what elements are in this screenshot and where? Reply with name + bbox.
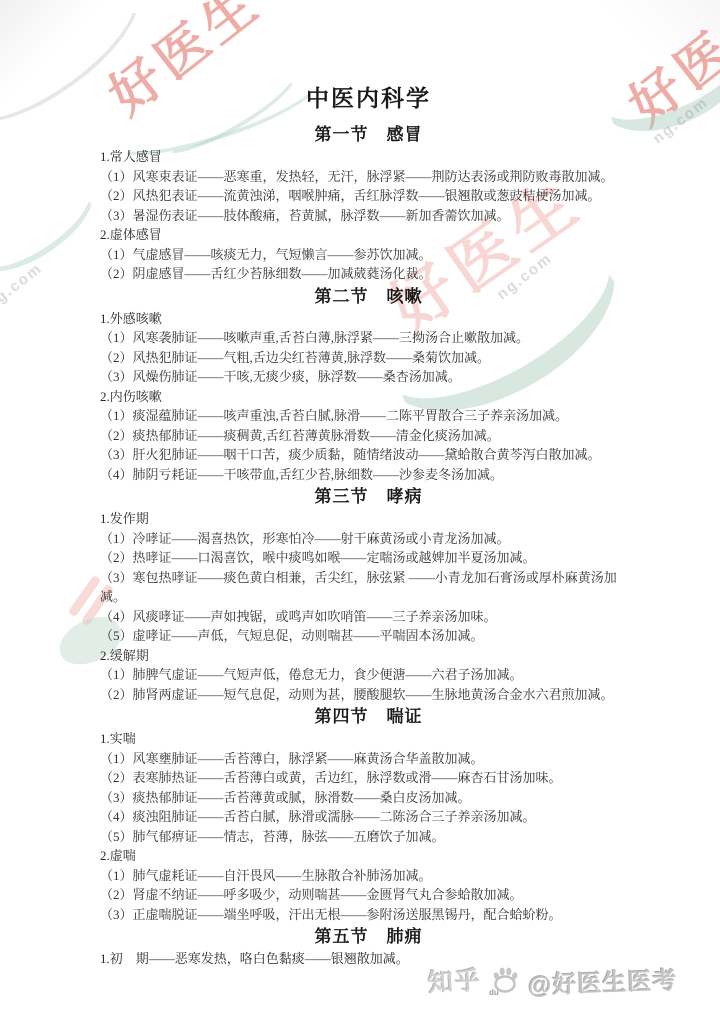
- outline-item: （2）阴虚感冒——舌红少苔脉细数——加减葳蕤汤化裁。: [100, 264, 637, 284]
- outline-item: （2）热哮证——口渴喜饮，喉中痰鸣如喉——定喘汤或越婢加半夏汤加减。: [100, 548, 637, 568]
- outline-item: （1）冷哮证——渴喜热饮，形寒怕冷——射干麻黄汤或小青龙汤加减。: [100, 529, 637, 549]
- outline-item: （1）气虚感冒——咳痰无力，气短懒言——参苏饮加减。: [100, 245, 637, 265]
- outline-item: （3）寒包热哮证——痰色黄白相兼，舌尖红，脉弦紧 ——小青龙加石膏汤或厚朴麻黄汤…: [100, 568, 637, 607]
- domain-watermark: ng.com: [650, 94, 712, 148]
- outline-item: （1）风寒壅肺证——舌苔薄白，脉浮紧——麻黄汤合华盖散加减。: [100, 749, 637, 769]
- group-label: 1.实喘: [100, 729, 637, 749]
- outline-item: （1）肺气虚耗证——自汗畏风——生脉散合补肺汤加减。: [100, 866, 637, 886]
- group-label: 2.缓解期: [100, 646, 637, 666]
- red-stamp-fragment: [68, 575, 102, 618]
- group-label: 2.内伤咳嗽: [100, 387, 637, 407]
- section-heading: 第四节 喘证: [100, 704, 637, 729]
- outline-item: （2）肾虚不纳证——呼多吸少，动则喘甚——金匮肾气丸合参蛤散加减。: [100, 885, 637, 905]
- outline-item: （3）痰热郁肺证——舌苔薄黄或腻，脉滑数——桑白皮汤加减。: [100, 788, 637, 808]
- green-brush-stroke: [0, 162, 107, 289]
- outline-item: （3）风燥伤肺证——干咳,无痰少痰，脉浮数——桑杏汤加减。: [100, 367, 637, 387]
- group-label: 1.常人感冒: [100, 147, 637, 167]
- outline-item: （1）痰湿蕴肺证——咳声重浊,舌苔白腻,脉滑——二陈平胃散合三子养亲汤加减。: [100, 406, 637, 426]
- group-label: 2.虚喘: [100, 846, 637, 866]
- brand-handle-watermark: @好医生医考: [527, 960, 678, 1000]
- document-content: 中医内科学 第一节 感冒 1.常人感冒 （1）风寒束表证——恶寒重，发热轻，无汗…: [100, 84, 637, 969]
- page-title: 中医内科学: [100, 84, 637, 114]
- outline-item: （2）表寒肺热证——舌苔薄白或黄，舌边红，脉浮数或滑——麻杏石甘汤加味。: [100, 768, 637, 788]
- group-label: 1.发作期: [100, 509, 637, 529]
- outline-item: （5）虚哮证——声低，气短息促，动则喘甚——平喘固本汤加减。: [100, 626, 637, 646]
- outline-item: （2）痰热郁肺证——痰稠黄,舌红苔薄黄脉滑数——清金化痰汤加减。: [100, 426, 637, 446]
- outline-item: （5）肺气郁痹证——情志，苔薄，脉弦——五磨饮子加减。: [100, 827, 637, 847]
- section-heading: 第三节 哮病: [100, 484, 637, 509]
- outline-item: （4）风痰哮证——声如拽锯，或鸣声如吹哨笛——三子养亲汤加味。: [100, 607, 637, 627]
- section-heading: 第五节 肺痈: [100, 924, 637, 949]
- outline-item: （2）风热犯表证——流黄浊涕，咽喉肿痛，舌红脉浮数——银翘散或葱豉桔梗汤加减。: [100, 186, 637, 206]
- zhihu-watermark-label: 知乎: [427, 961, 483, 1000]
- baidu-paw-icon: du: [488, 963, 522, 997]
- group-label: 2.虚体感冒: [100, 225, 637, 245]
- outline-item: （2）风热犯肺证——气粗,舌边尖红苔薄黄,脉浮数——桑菊饮加减。: [100, 348, 637, 368]
- paw-logo-text: du: [489, 988, 499, 997]
- section-heading: 第二节 咳嗽: [100, 284, 637, 309]
- outline-item: （3）正虚喘脱证——端坐呼吸，汗出无根——参附汤送服黑锡丹，配合蛤蚧粉。: [100, 905, 637, 925]
- group-label: 1.外感咳嗽: [100, 309, 637, 329]
- section-heading: 第一节 感冒: [100, 122, 637, 147]
- outline-item: （3）暑湿伤表证——肢体酸痛，苔黄腻，脉浮数——新加香薷饮加减。: [100, 206, 637, 226]
- brand-watermark: 知乎 du @好医生医考: [428, 956, 713, 1004]
- outline-item: （4）痰浊阻肺证——舌苔白腻，脉滑或濡脉——二陈汤合三子养亲汤加减。: [100, 807, 637, 827]
- outline-item: （1）风寒袭肺证——咳嗽声重,舌苔白薄,脉浮紧——三拗汤合止嗽散加减。: [100, 328, 637, 348]
- outline-item: （4）肺阴亏耗证——干咳带血,舌红少苔,脉细数——沙参麦冬汤加减。: [100, 465, 637, 485]
- outline-item: （1）风寒束表证——恶寒重，发热轻，无汗，脉浮紧——荆防达表汤或荆防败毒散加减。: [100, 167, 637, 187]
- outline-item: （2）肺肾两虚证——短气息促，动则为甚，腰酸腿软——生脉地黄汤合金水六君煎加减。: [100, 685, 637, 705]
- domain-watermark: ng.com: [0, 260, 46, 314]
- document-page: 好医生 好医生 好医生 ng.com ng.com ng.com 中医内科学 第…: [0, 0, 720, 1018]
- outline-item: （3）肝火犯肺证——咽干口苦，痰少质黏，随情绪波动——黛蛤散合黄芩泻白散加减。: [100, 445, 637, 465]
- outline-item: （1）肺脾气虚证——气短声低，倦怠无力，食少便溏——六君子汤加减。: [100, 665, 637, 685]
